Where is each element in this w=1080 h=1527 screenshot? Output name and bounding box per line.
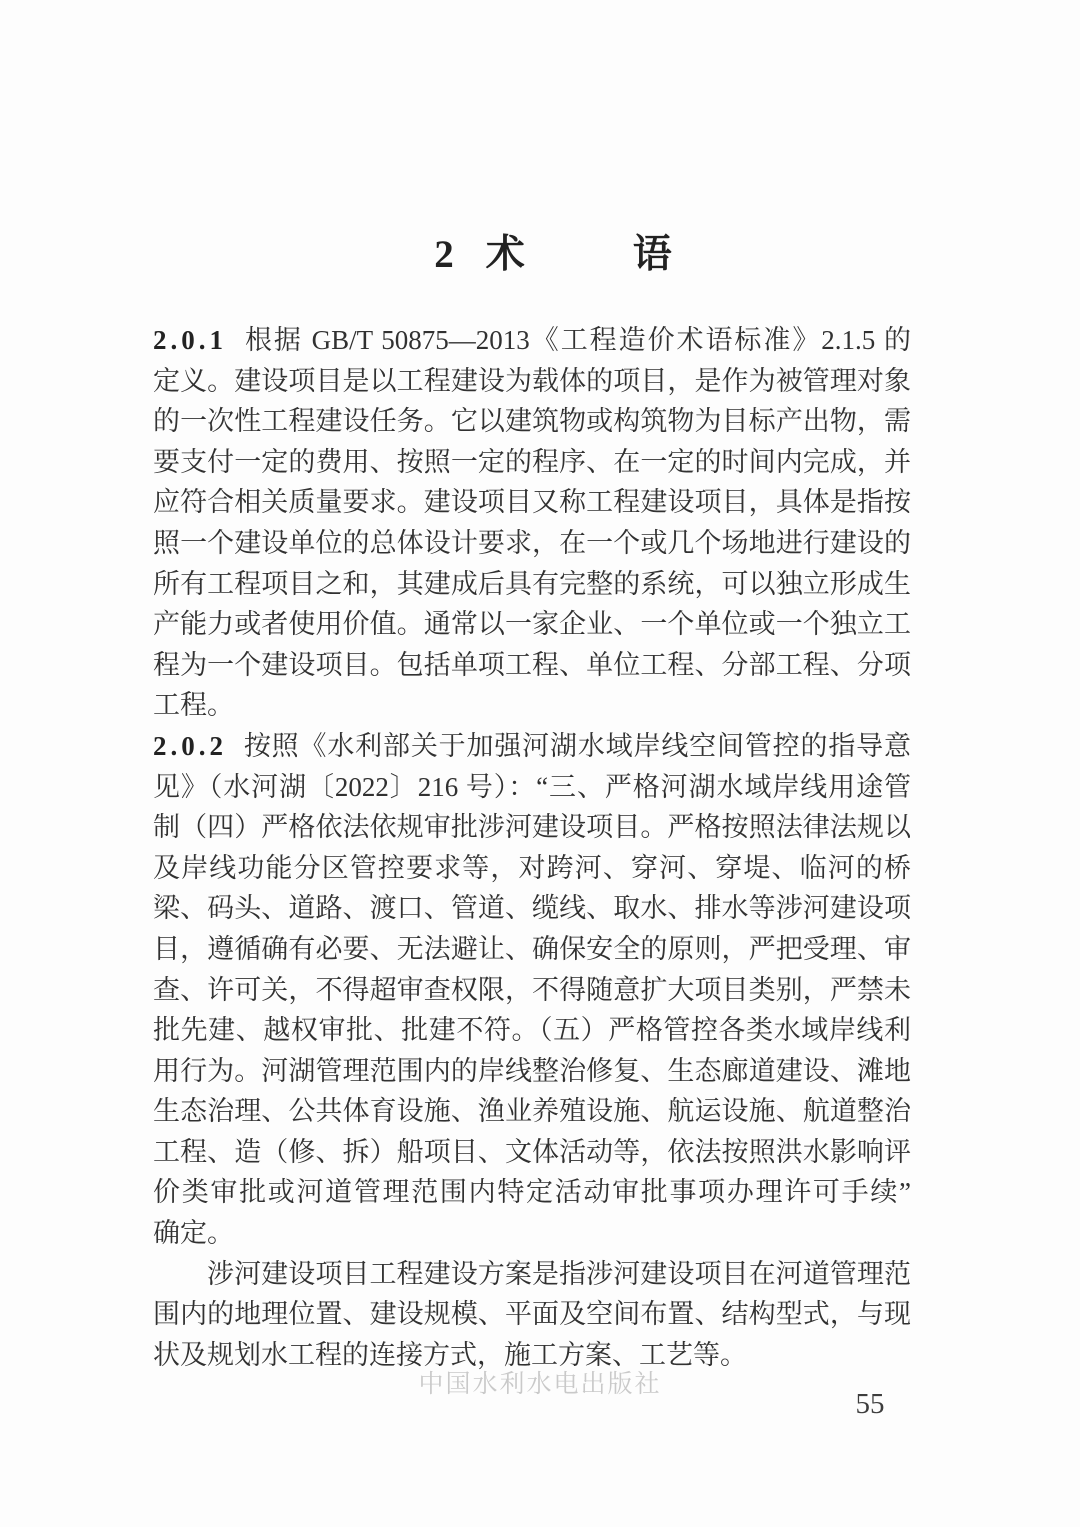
text-line: 梁、码头、道路、渡口、管道、缆线、取水、排水等涉河建设项	[153, 888, 911, 929]
text-line: 用行为。河湖管理范围内的岸线整治修复、生态廊道建设、滩地	[153, 1051, 911, 1092]
text-line: 工程、造（修、拆）船项目、文体活动等，依法按照洪水影响评	[153, 1132, 911, 1173]
text-line: 要支付一定的费用、按照一定的程序、在一定的时间内完成，并	[153, 442, 911, 483]
text-line: 程为一个建设项目。包括单项工程、单位工程、分部工程、分项	[153, 645, 911, 686]
chapter-title: 2 术 语	[0, 232, 1080, 279]
section-number: 2.0.1	[153, 325, 227, 355]
chapter-number: 2	[434, 232, 454, 279]
chapter-title-char-1: 术	[486, 232, 525, 279]
text-line: 生态治理、公共体育设施、渔业养殖设施、航运设施、航道整治	[153, 1091, 911, 1132]
text-line: 批先建、越权审批、批建不符。（五）严格管控各类水域岸线利	[153, 1010, 911, 1051]
text-line: 及岸线功能分区管控要求等，对跨河、穿河、穿堤、临河的桥	[153, 848, 911, 889]
text-line: 2.0.1根据 GB/T 50875—2013《工程造价术语标准》2.1.5 的	[153, 320, 911, 361]
text-line: 查、许可关，不得超审查权限，不得随意扩大项目类别，严禁未	[153, 970, 911, 1011]
body-text: 2.0.1根据 GB/T 50875—2013《工程造价术语标准》2.1.5 的…	[153, 320, 911, 1375]
text-line: 所有工程项目之和，其建成后具有完整的系统，可以独立形成生	[153, 564, 911, 605]
text-line: 目，遵循确有必要、无法避让、确保安全的原则，严把受理、审	[153, 929, 911, 970]
text-line: 工程。	[153, 685, 911, 726]
text-line: 2.0.2按照《水利部关于加强河湖水域岸线空间管控的指导意	[153, 726, 911, 767]
text-line: 确定。	[153, 1213, 911, 1254]
section-number: 2.0.2	[153, 731, 227, 761]
text-line: 涉河建设项目工程建设方案是指涉河建设项目在河道管理范	[153, 1254, 911, 1295]
document-page: 2 术 语 2.0.1根据 GB/T 50875—2013《工程造价术语标准》2…	[0, 0, 1080, 1527]
text-line: 价类审批或河道管理范围内特定活动审批事项办理许可手续”	[153, 1172, 911, 1213]
page-number: 55	[840, 1388, 900, 1421]
publisher-watermark: 中国水利水电出版社	[0, 1364, 1080, 1400]
text-line: 制（四）严格依法依规审批涉河建设项目。严格按照法律法规以	[153, 807, 911, 848]
text-line: 围内的地理位置、建设规模、平面及空间布置、结构型式，与现	[153, 1294, 911, 1335]
chapter-title-char-2: 语	[633, 232, 672, 279]
text-line: 见》（水河湖〔2022〕216 号）：“三、严格河湖水域岸线用途管	[153, 767, 911, 808]
text-line: 产能力或者使用价值。通常以一家企业、一个单位或一个独立工	[153, 604, 911, 645]
text-line: 应符合相关质量要求。建设项目又称工程建设项目，具体是指按	[153, 482, 911, 523]
text-line: 的一次性工程建设任务。它以建筑物或构筑物为目标产出物，需	[153, 401, 911, 442]
text-line: 定义。建设项目是以工程建设为载体的项目，是作为被管理对象	[153, 361, 911, 402]
text-line: 照一个建设单位的总体设计要求，在一个或几个场地进行建设的	[153, 523, 911, 564]
